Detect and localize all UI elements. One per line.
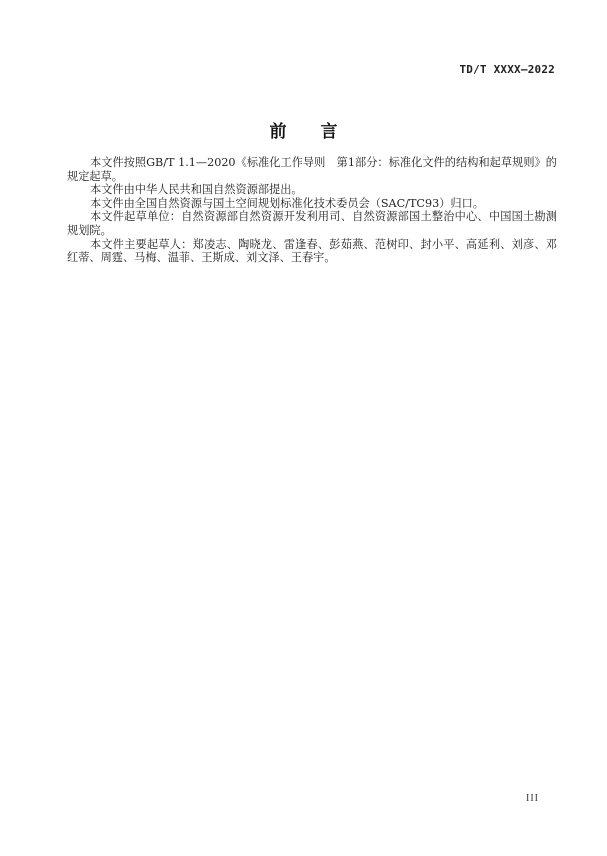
document-page: TD/T XXXX—2022 前言 本文件按照GB/T 1.1—2020《标准化…	[0, 0, 607, 856]
title-char-2: 言	[321, 117, 338, 142]
paragraph-drafting-basis: 本文件按照GB/T 1.1—2020《标准化工作导则 第1部分：标准化文件的结构…	[67, 156, 557, 183]
page-number: III	[526, 793, 539, 804]
paragraph-drafters: 本文件主要起草人：郑凌志、陶晓龙、雷逢春、彭茹燕、范树印、封小平、高延利、刘彦、…	[67, 238, 557, 265]
title-char-1: 前	[270, 117, 287, 142]
paragraph-drafting-units: 本文件起草单位：自然资源部自然资源开发利用司、自然资源部国土整治中心、中国国土勘…	[67, 210, 557, 237]
document-code: TD/T XXXX—2022	[459, 63, 555, 76]
foreword-body: 本文件按照GB/T 1.1—2020《标准化工作导则 第1部分：标准化文件的结构…	[67, 156, 557, 265]
page-title: 前言	[0, 117, 607, 142]
paragraph-administrator: 本文件由全国自然资源与国土空间规划标准化技术委员会（SAC/TC93）归口。	[67, 197, 557, 211]
paragraph-proposer: 本文件由中华人民共和国自然资源部提出。	[67, 183, 557, 197]
